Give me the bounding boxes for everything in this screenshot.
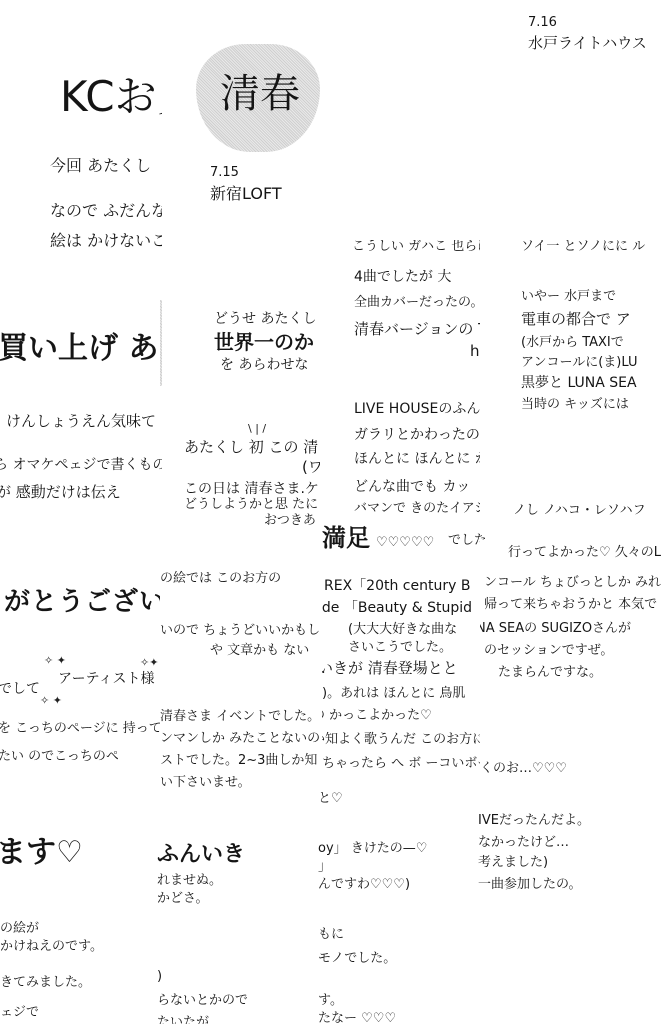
- fragment-center-column: こうしい ガハこ 也らに 4曲でしたが 大 全曲カバーだったの。 清春バージョン…: [330, 240, 480, 522]
- heading: 買い上げ あり: [0, 334, 162, 364]
- text-line: なかったけど…: [478, 836, 569, 849]
- text-line: 当時の キッズには: [521, 398, 629, 411]
- text-line: ): [157, 970, 162, 983]
- text-line: い下さいませ。: [160, 776, 251, 789]
- text-line: 清春さま イベントでした。: [160, 710, 320, 723]
- text-line: ェジで: [0, 1006, 39, 1019]
- text-line: けんしょうえん気味て: [6, 414, 156, 429]
- text-line: と♡: [318, 792, 343, 805]
- text-line: 」: [318, 860, 331, 873]
- text-line: LIVE HOUSEのふん: [354, 402, 480, 416]
- text-line: す。: [318, 994, 343, 1007]
- text-line: らないとかので: [157, 994, 248, 1007]
- text-line: アーティスト様: [58, 672, 154, 686]
- fragment-mid-center: どうせ あたくし 世界一のか を あらわせな \ | / あたくし 初 この 清…: [162, 300, 320, 530]
- text-line: (水戸から TAXIで: [521, 336, 624, 349]
- text-line: ちゃったら へ ボ ーコいボー: [322, 757, 482, 770]
- text-line: なので ふだんな: [50, 203, 162, 219]
- text-line: 一曲参加したの。: [478, 878, 581, 891]
- text-line: おつきあ: [264, 514, 316, 527]
- text-line: くのお…♡♡♡: [480, 762, 567, 775]
- text-line: ガラリとかわったの: [354, 428, 480, 442]
- fragment-right-lower: 行ってよかった♡ 久々のL ンコール ちょびっとしか みれ 帰って来ちゃおうかと…: [480, 540, 667, 780]
- sparkle-icon: ✧ ✦: [40, 694, 62, 707]
- fragment-bottom-mid: と♡ oy」 きけたの—♡ 」 んですわ♡♡♡) もに モノでした。 す。 たな…: [318, 790, 478, 1024]
- text-line: IVEだったんだよ。: [478, 814, 590, 827]
- text-line: ら オマケペェジで書くもの: [0, 458, 162, 472]
- text-line: ンコール ちょびっとしか みれ: [484, 576, 661, 589]
- text-line: たまらんですな。: [498, 666, 602, 679]
- text-line: たい のでこっちのペ: [0, 750, 119, 763]
- venue-label: 水戸ライトハウス: [528, 36, 647, 51]
- date-label: 7.16: [528, 16, 557, 29]
- date-label: 7.15: [210, 166, 239, 179]
- text-line: h: [470, 344, 480, 359]
- text-line: 全曲カバーだったの。: [354, 296, 480, 309]
- text-line: んですわ♡♡♡): [318, 878, 410, 891]
- heart-title: 清春: [220, 74, 300, 114]
- text-line: アンコールに(ま)LU: [521, 356, 637, 369]
- text-line: REX「20th century B: [324, 579, 470, 593]
- text-line: いきが 清春登場とと: [322, 661, 458, 676]
- fragment-left-lower: ✧ ✦ ✧✦ でして アーティスト様 ✧ ✦ を こっちのページに 持って たい…: [0, 650, 160, 780]
- text-line: さいこうでした。: [348, 641, 452, 654]
- text-line: NA SEAの SUGIZOさんが: [480, 622, 631, 635]
- text-line: きてみました。: [0, 976, 91, 989]
- text-line: いので ちょうどいいかもし: [160, 624, 320, 637]
- text-line: ほんとに ほんとに か: [354, 452, 480, 466]
- text-line: を あらわせな: [220, 358, 308, 372]
- fragment-title: KCお買 今回 あたくし なので ふだんな 絵は かけないこ: [40, 60, 162, 260]
- text-line: バマンで きのたイアシ: [354, 502, 480, 515]
- text-line-cut: ノイ一ノし ノハコ・レソハフ: [515, 504, 646, 517]
- text-line: かけねえのです。: [0, 940, 103, 953]
- venue-label: 新宿LOFT: [210, 186, 282, 202]
- text-line: モノでした。: [318, 952, 396, 965]
- text-line: ンマンしか みたことないの: [160, 732, 320, 745]
- text-line: いやー 水戸まで: [521, 290, 616, 303]
- fragment-bottom-right: IVEだったんだよ。 なかったけど… 考えました) 一曲参加したの。: [478, 800, 667, 900]
- text-line: の絵が: [0, 922, 39, 935]
- text-line: どんな曲でも カッ: [354, 480, 470, 494]
- text-line: 4曲でしたが 大: [354, 270, 451, 284]
- text-line: かどさ。: [157, 892, 208, 905]
- text-line: この日は 清春さま.ケ: [184, 482, 319, 496]
- text-line: たなー ♡♡♡: [318, 1012, 396, 1024]
- text-line: 黒夢と LUNA SEA: [521, 376, 637, 390]
- text-line: の かっこよかった♡: [322, 709, 432, 722]
- text-line: もに: [318, 928, 344, 941]
- text-line: 今回 あたくし: [50, 158, 151, 174]
- text-line: どうせ あたくし: [214, 312, 316, 326]
- text-line: が 感動だけは伝え: [0, 485, 121, 500]
- text-line: を こっちのページに 持って: [0, 722, 160, 735]
- text-line: れませぬ。: [157, 874, 222, 887]
- text-line-bold: 世界一のか: [214, 332, 314, 352]
- heading: ます♡: [0, 838, 83, 868]
- title-fragment: KCお買: [60, 76, 162, 118]
- fragment-heart-title: 清春 7.15 新宿LOFT: [190, 30, 320, 260]
- fragment-rex: REX「20th century B ide 「Beauty & Stupid …: [322, 575, 482, 785]
- text-line-cut: こうしい ガハこ 也らに: [352, 240, 480, 253]
- sparkle-icon: ✧ ✦: [44, 654, 66, 667]
- text-line: あたくし 初 この 清: [184, 440, 318, 455]
- text-line: 行ってよかった♡ 久々のL: [508, 546, 661, 559]
- text-line: ide 「Beauty & Stupid: [322, 601, 472, 615]
- fragment-mid-left: 買い上げ あり けんしょうえん気味て ら オマケペェジで書くもの が 感動だけは…: [0, 300, 162, 520]
- text-line: でして: [0, 682, 40, 696]
- fragment-center-lower: の絵では このお方の いので ちょうどいいかもし や 文章かも ない 清春さま …: [160, 560, 322, 790]
- text-line: のセッションですぜ。: [484, 644, 613, 657]
- text-line: )。あれは ほんとに 鳥肌: [322, 687, 465, 700]
- sparkle-icon: ✧✦: [140, 656, 158, 669]
- heading: ふんいき: [157, 844, 245, 866]
- text-line: 絵は かけないこ: [50, 233, 162, 249]
- text-line: の絵では このお方の: [160, 572, 281, 585]
- fragment-right-column: ソイ一 とソノにに ル いやー 水戸まで 電車の都合で ア (水戸から TAXI…: [515, 240, 667, 522]
- text-line: か知よく歌うんだ このお方に: [322, 733, 482, 746]
- manzoku-big: 満足: [322, 526, 370, 550]
- text-line: 考えました): [478, 856, 548, 869]
- text-line: (ワ: [302, 460, 320, 475]
- text-line: ストでした。2~3曲しか知: [160, 754, 317, 767]
- text-line: oy」 きけたの—♡: [318, 842, 427, 855]
- hearts: ♡♡♡♡♡: [376, 536, 434, 549]
- text-line: どうしようかと思 たに: [184, 498, 318, 511]
- fragment-bottom-center: ふんいき れませぬ。 かどさ。 ) らないとかので たいたが: [155, 830, 305, 1024]
- text-line-cut: ソイ一 とソノにに ル: [521, 240, 645, 253]
- fragment-bottom-left: ます♡ の絵が かけねえのです。 きてみました。 ェジで: [0, 830, 150, 1024]
- text-line: や 文章かも ない: [210, 644, 309, 657]
- fragment-date2: 7.16 水戸ライトハウス: [520, 10, 667, 60]
- text-line: 清春バージョンの T: [354, 322, 480, 337]
- text-line: たいたが: [157, 1016, 209, 1024]
- text-line: 帰って来ちゃおうかと 本気で: [484, 598, 657, 611]
- text-line: (大大大好きな曲な: [348, 623, 457, 636]
- sparkle-lines: \ | /: [248, 422, 266, 435]
- text-line: 電車の都合で ア: [521, 312, 631, 327]
- fragment-manzoku: 満足 ♡♡♡♡♡ でした: [320, 522, 485, 558]
